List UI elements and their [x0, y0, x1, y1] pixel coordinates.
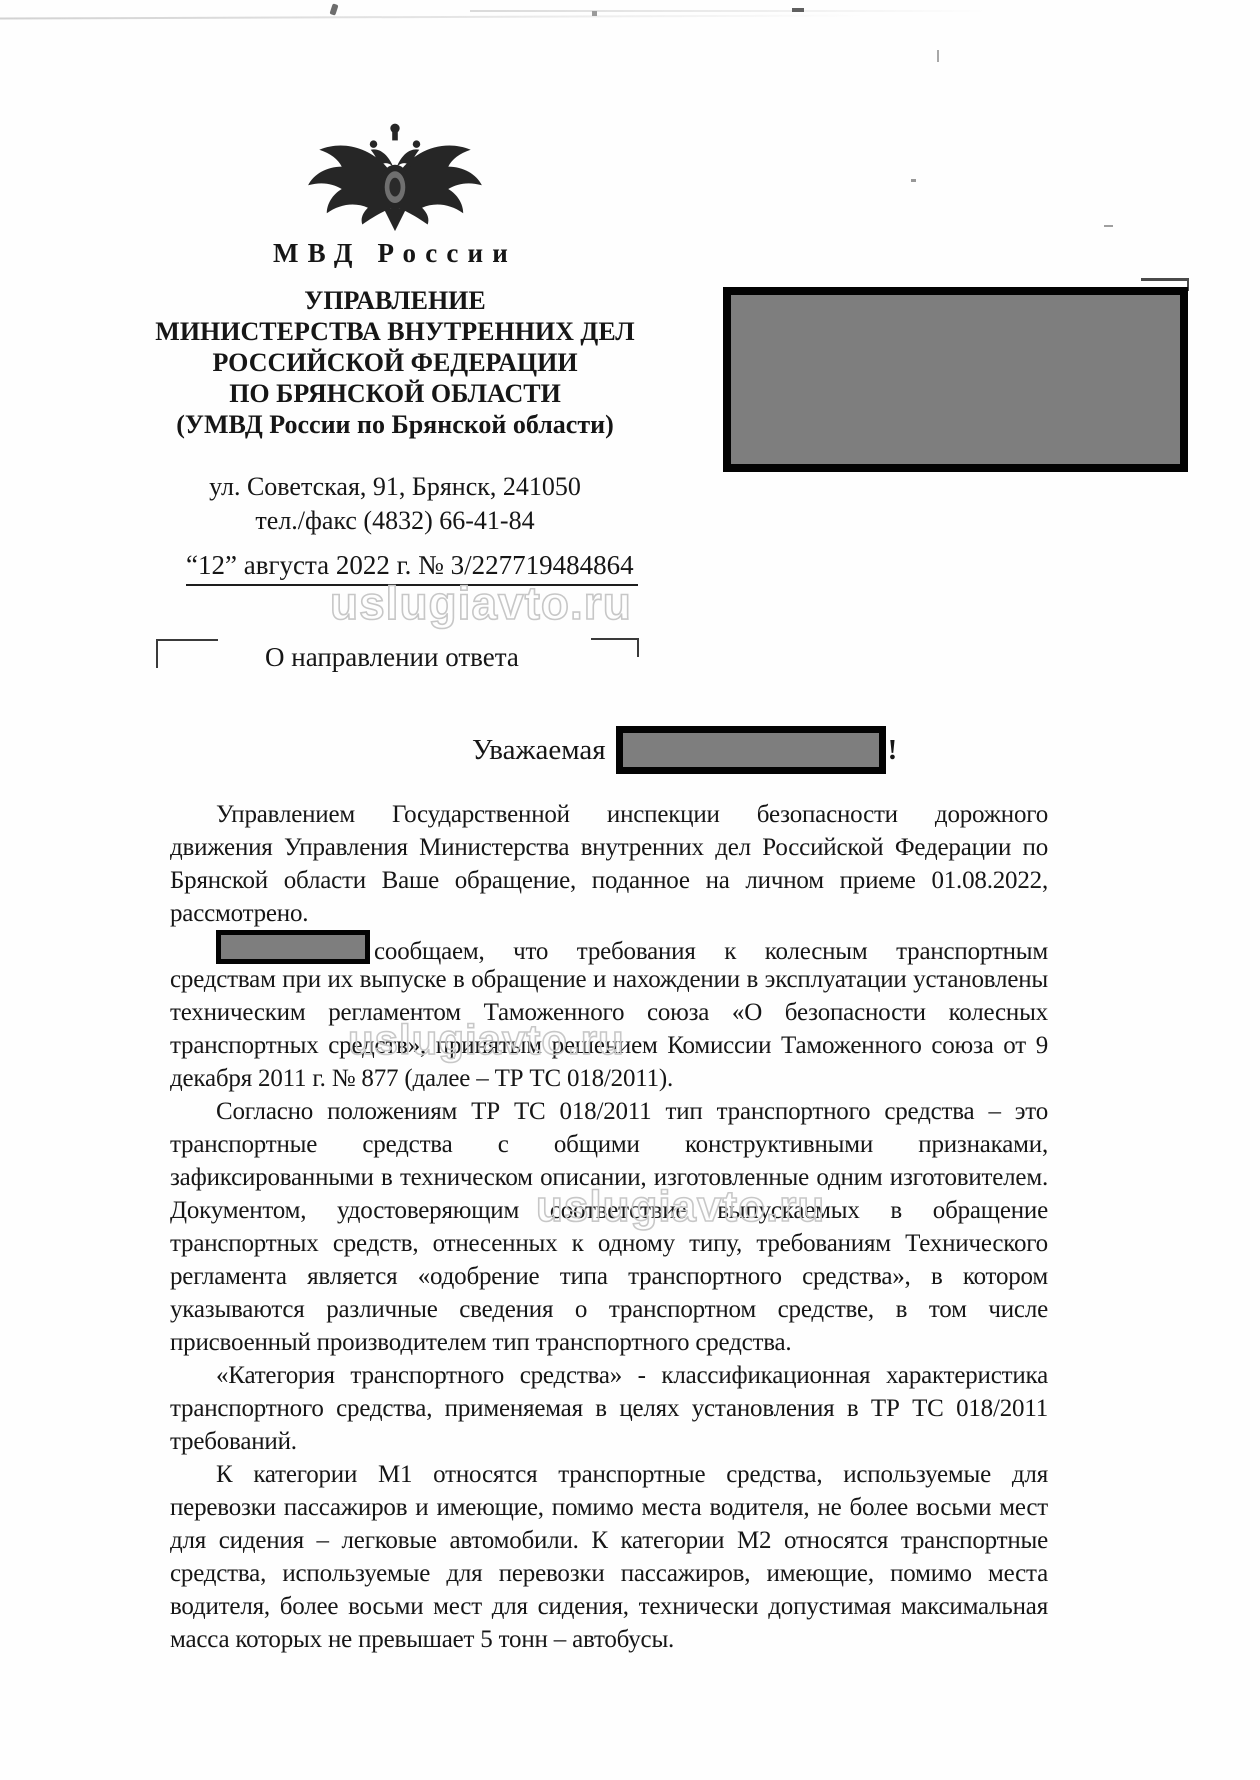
body-line: указываются различные сведения о транспо… — [170, 1293, 1048, 1326]
mvd-double-headed-eagle-icon — [296, 118, 494, 232]
body-line: водителя, более восьми мест для сидения,… — [170, 1590, 1048, 1623]
scan-artifact — [470, 10, 990, 12]
org-name-line: РОССИЙСКОЙ ФЕДЕРАЦИИ — [130, 347, 660, 378]
body-line: Согласно положениям ТР ТС 018/2011 тип т… — [170, 1095, 1048, 1128]
body-line: декабря 2011 г. № 877 (далее – ТР ТС 018… — [170, 1062, 1048, 1095]
org-name-line: ПО БРЯНСКОЙ ОБЛАСТИ — [130, 378, 660, 409]
body-line: Документом, удостоверяющим соответствие … — [170, 1194, 1048, 1227]
body-line: транспортных средств», принятым решением… — [170, 1029, 1048, 1062]
paragraph: Согласно положениям ТР ТС 018/2011 тип т… — [170, 1095, 1048, 1359]
letter-body: Управлением Государственной инспекции бе… — [170, 798, 1048, 1656]
scan-artifact — [1104, 225, 1113, 227]
body-line: техническим регламентом Таможенного союз… — [170, 996, 1048, 1029]
body-line: средства, используемые для перевозки пас… — [170, 1557, 1048, 1590]
body-line: Брянской области Ваше обращение, поданно… — [170, 864, 1048, 897]
body-line: К категории М1 относятся транспортные ср… — [170, 1458, 1048, 1491]
paragraph: Управлением Государственной инспекции бе… — [170, 798, 1048, 930]
org-name-line: УПРАВЛЕНИЕ — [130, 285, 660, 316]
body-line: сообщаем, что требования к колесным тран… — [170, 930, 1048, 963]
body-line: транспортные средства с общими конструкт… — [170, 1128, 1048, 1161]
body-line: средствам при их выпуске в обращение и н… — [170, 963, 1048, 996]
body-line: перевозки пассажиров и имеющие, помимо м… — [170, 1491, 1048, 1524]
paragraph: сообщаем, что требования к колесным тран… — [170, 930, 1048, 1095]
salutation: Уважаемая ! — [472, 726, 897, 774]
letterhead: МВД России УПРАВЛЕНИЕ МИНИСТЕРСТВА ВНУТР… — [130, 118, 660, 538]
org-name: УПРАВЛЕНИЕ МИНИСТЕРСТВА ВНУТРЕННИХ ДЕЛ Р… — [130, 285, 660, 440]
org-name-line: (УМВД России по Брянской области) — [130, 409, 660, 440]
salutation-word: Уважаемая — [472, 734, 606, 767]
corner-mark — [591, 638, 639, 657]
corner-mark — [156, 639, 218, 668]
scan-artifact — [792, 8, 804, 12]
salutation-exclamation: ! — [888, 734, 898, 767]
body-line: регламента является «одобрение типа тран… — [170, 1260, 1048, 1293]
body-line: транспортного средства, применяемая в це… — [170, 1392, 1048, 1425]
body-line: Управлением Государственной инспекции бе… — [170, 798, 1048, 831]
scan-artifact — [592, 11, 597, 16]
scan-artifact — [329, 3, 338, 15]
org-phone: тел./факс (4832) 66-41-84 — [130, 504, 660, 538]
name-redaction-box — [616, 726, 886, 774]
scan-artifact — [937, 50, 939, 62]
ministry-short-name: МВД России — [130, 238, 660, 269]
inline-redaction-box — [216, 930, 370, 964]
subject-line: О направлении ответа — [265, 642, 519, 673]
scan-artifact — [0, 14, 870, 19]
body-line: рассмотрено. — [170, 897, 1048, 930]
date-and-ref-number: “12” августа 2022 г. № 3/227719484864 — [186, 550, 638, 586]
scanned-letter-page: МВД России УПРАВЛЕНИЕ МИНИСТЕРСТВА ВНУТР… — [0, 0, 1260, 1780]
body-line: зафиксированными в техническом описании,… — [170, 1161, 1048, 1194]
body-line: «Категория транспортного средства» - кла… — [170, 1359, 1048, 1392]
scan-artifact — [911, 179, 916, 182]
body-line: транспортных средств, отнесенных к одном… — [170, 1227, 1048, 1260]
org-name-line: МИНИСТЕРСТВА ВНУТРЕННИХ ДЕЛ — [130, 316, 660, 347]
paragraph: «Категория транспортного средства» - кла… — [170, 1359, 1048, 1458]
body-line: движения Управления Министерства внутрен… — [170, 831, 1048, 864]
body-line: присвоенный производителем тип транспорт… — [170, 1326, 1048, 1359]
recipient-redaction-box — [723, 287, 1188, 472]
paragraph: К категории М1 относятся транспортные ср… — [170, 1458, 1048, 1656]
org-contacts: ул. Советская, 91, Брянск, 241050 тел./ф… — [130, 470, 660, 538]
org-address: ул. Советская, 91, Брянск, 241050 — [130, 470, 660, 504]
body-line: масса которых не превышает 5 тонн – авто… — [170, 1623, 1048, 1656]
body-line: для сидения – легковые автомобили. К кат… — [170, 1524, 1048, 1557]
body-line: требований. — [170, 1425, 1048, 1458]
